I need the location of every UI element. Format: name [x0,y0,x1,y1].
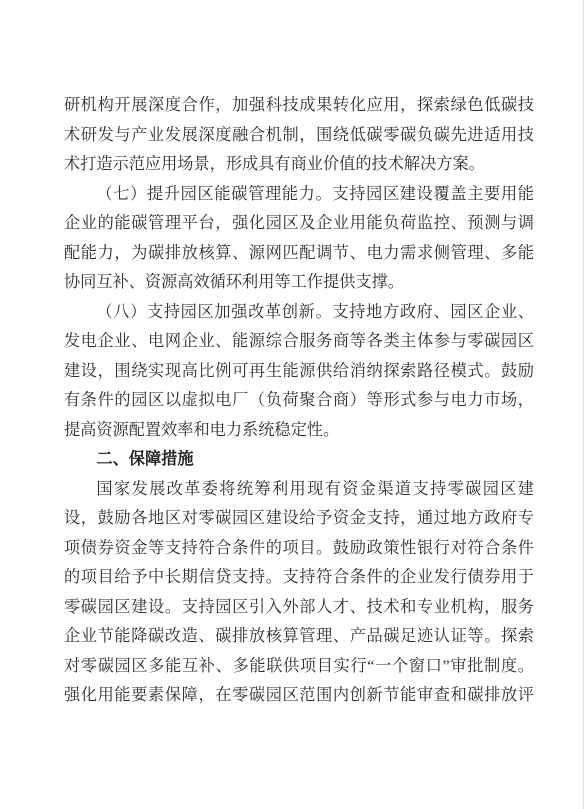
text-line: （七）提升园区能碳管理能力。支持园区建设覆盖主要用能 [64,180,534,210]
text-line: 对零碳园区多能互补、多能联供项目实行“一个窗口”审批制度。 [64,652,534,682]
text-line: 术打造示范应用场景，形成具有商业价值的技术解决方案。 [64,150,534,180]
text-line: 企业节能降碳改造、碳排放核算管理、产品碳足迹认证等。探索 [64,622,534,652]
text-line: 设，鼓励各地区对零碳园区建设给予资金支持，通过地方政府专 [64,504,534,534]
text-line: 的项目给予中长期信贷支持。支持符合条件的企业发行债券用于 [64,563,534,593]
text-line: 企业的能碳管理平台，强化园区及企业用能负荷监控、预测与调 [64,209,534,239]
section-heading: 二、保障措施 [64,445,534,475]
text-line: 强化用能要素保障，在零碳园区范围内创新节能审查和碳排放评 [64,681,534,711]
document-body: 研机构开展深度合作，加强科技成果转化应用，探索绿色低碳技术研发与产业发展深度融合… [64,91,534,711]
document-page: 研机构开展深度合作，加强科技成果转化应用，探索绿色低碳技术研发与产业发展深度融合… [0,0,584,809]
text-line: 项债券资金等支持符合条件的项目。鼓励政策性银行对符合条件 [64,534,534,564]
text-line: 发电企业、电网企业、能源综合服务商等各类主体参与零碳园区 [64,327,534,357]
text-line: 国家发展改革委将统筹利用现有资金渠道支持零碳园区建 [64,475,534,505]
text-line: 研机构开展深度合作，加强科技成果转化应用，探索绿色低碳技 [64,91,534,121]
text-line: 有条件的园区以虚拟电厂（负荷聚合商）等形式参与电力市场， [64,386,534,416]
text-line: 提高资源配置效率和电力系统稳定性。 [64,416,534,446]
text-line: 术研发与产业发展深度融合机制，围绕低碳零碳负碳先进适用技 [64,121,534,151]
text-line: 协同互补、资源高效循环利用等工作提供支撑。 [64,268,534,298]
text-line: 配能力，为碳排放核算、源网匹配调节、电力需求侧管理、多能 [64,239,534,269]
text-line: 建设，围绕实现高比例可再生能源供给消纳探索路径模式。鼓励 [64,357,534,387]
text-line: （八）支持园区加强改革创新。支持地方政府、园区企业、 [64,298,534,328]
text-line: 零碳园区建设。支持园区引入外部人才、技术和专业机构，服务 [64,593,534,623]
